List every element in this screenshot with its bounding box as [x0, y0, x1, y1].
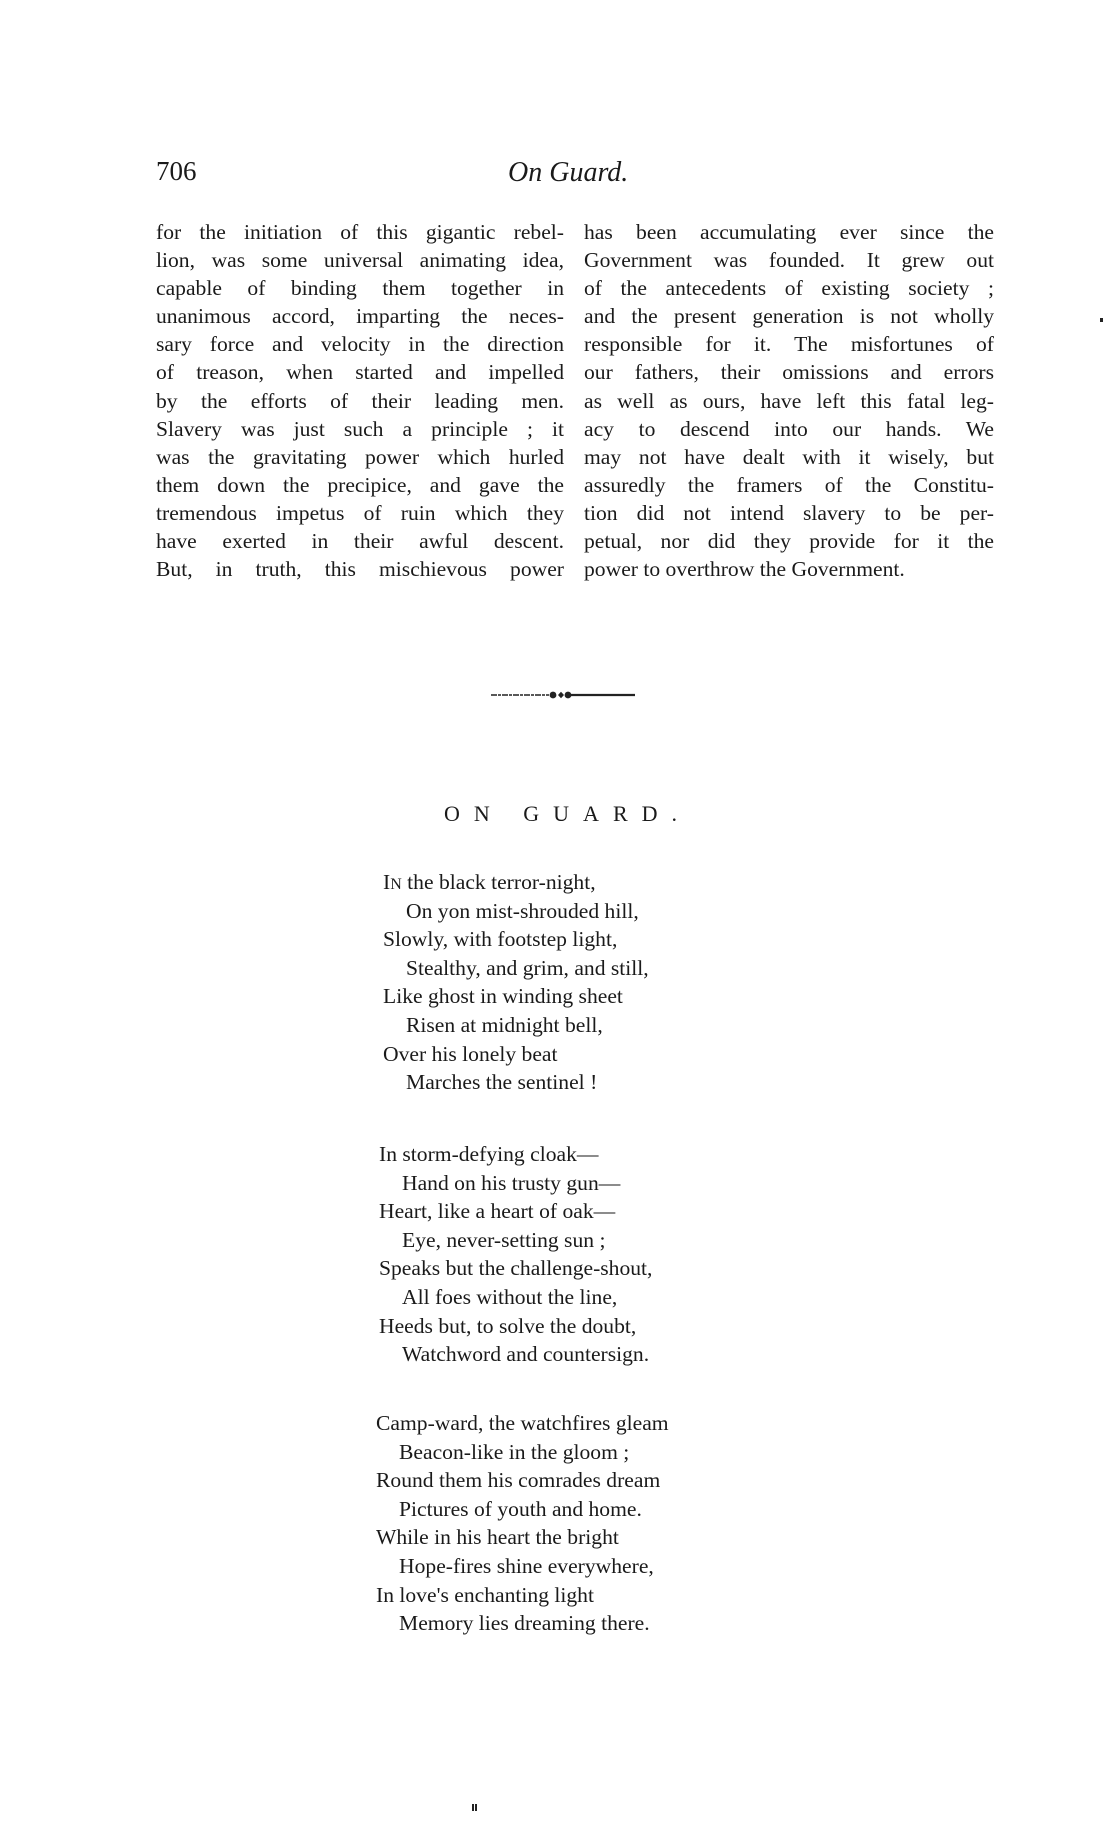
- poem-line: Pictures of youth and home.: [376, 1495, 669, 1524]
- section-divider-icon: [491, 690, 635, 700]
- text-line: have exerted in their awful descent.: [156, 527, 564, 555]
- poem-title: ON GUARD.: [444, 801, 691, 827]
- text-line: for the initiation of this gigantic rebe…: [156, 218, 564, 246]
- poem-line: Eye, never-setting sun ;: [379, 1226, 652, 1255]
- text-line: petual, nor did they provide for it the: [584, 527, 994, 555]
- poem-line: Round them his comrades dream: [376, 1466, 669, 1495]
- poem-line: Risen at midnight bell,: [383, 1011, 649, 1040]
- text-line: tremendous impetus of ruin which they: [156, 499, 564, 527]
- poem-line: On yon mist-shrouded hill,: [383, 897, 649, 926]
- poem-stanza-1: IN the black terror-night, On yon mist-s…: [383, 868, 649, 1097]
- text-line: may not have dealt with it wisely, but: [584, 443, 994, 471]
- print-speck-mark: [472, 1804, 477, 1811]
- poem-line: Memory lies dreaming there.: [376, 1609, 669, 1638]
- poem-line: Hope-fires shine everywhere,: [376, 1552, 669, 1581]
- running-head-title: On Guard.: [508, 158, 628, 188]
- text-line: responsible for it. The misfortunes of: [584, 330, 994, 358]
- text-line: Government was founded. It grew out: [584, 246, 994, 274]
- poem-line: In storm-defying cloak—: [379, 1140, 652, 1169]
- text-line: assuredly the framers of the Constitu-: [584, 471, 994, 499]
- text-line: acy to descend into our hands. We: [584, 415, 994, 443]
- poem-line: Like ghost in winding sheet: [383, 982, 649, 1011]
- poem-line: IN the black terror-night,: [383, 868, 649, 897]
- poem-stanza-3: Camp-ward, the watchfires gleam Beacon-l…: [376, 1409, 669, 1638]
- text-line: our fathers, their omissions and errors: [584, 358, 994, 386]
- poem-line: Slowly, with footstep light,: [383, 925, 649, 954]
- poem-stanza-2: In storm-defying cloak— Hand on his trus…: [379, 1140, 652, 1369]
- page-number: 706: [156, 156, 197, 186]
- poem-line: While in his heart the bright: [376, 1523, 669, 1552]
- text-line: them down the precipice, and gave the: [156, 471, 564, 499]
- text-line: was the gravitating power which hurled: [156, 443, 564, 471]
- poem-line: Watchword and countersign.: [379, 1340, 652, 1369]
- text-line: tion did not intend slavery to be per-: [584, 499, 994, 527]
- text-line: capable of binding them together in: [156, 274, 564, 302]
- text-line: of treason, when started and impelled: [156, 358, 564, 386]
- text-line: and the present generation is not wholly: [584, 302, 994, 330]
- text-line: sary force and velocity in the direction: [156, 330, 564, 358]
- article-left-column: for the initiation of this gigantic rebe…: [156, 218, 564, 583]
- poem-line: All foes without the line,: [379, 1283, 652, 1312]
- article-right-column: has been accumulating ever since the Gov…: [584, 218, 994, 583]
- poem-line: Beacon-like in the gloom ;: [376, 1438, 669, 1467]
- poem-line: Heeds but, to solve the doubt,: [379, 1312, 652, 1341]
- text-line: Slavery was just such a principle ; it: [156, 415, 564, 443]
- poem-line: Hand on his trusty gun—: [379, 1169, 652, 1198]
- poem-line: In love's enchanting light: [376, 1581, 669, 1610]
- small-caps-letter: N: [390, 876, 402, 893]
- poem-line: Speaks but the challenge-shout,: [379, 1254, 652, 1283]
- text-line: by the efforts of their leading men.: [156, 387, 564, 415]
- poem-line: Over his lonely beat: [383, 1040, 649, 1069]
- text-line: unanimous accord, imparting the neces-: [156, 302, 564, 330]
- poem-line: Heart, like a heart of oak—: [379, 1197, 652, 1226]
- text-line: But, in truth, this mischievous power: [156, 555, 564, 583]
- text-line: of the antecedents of existing society ;: [584, 274, 994, 302]
- text-line: has been accumulating ever since the: [584, 218, 994, 246]
- text-line: as well as ours, have left this fatal le…: [584, 387, 994, 415]
- poem-line: Marches the sentinel !: [383, 1068, 649, 1097]
- poem-line: Camp-ward, the watchfires gleam: [376, 1409, 669, 1438]
- text-line: power to overthrow the Government.: [584, 555, 994, 583]
- text-line: lion, was some universal animating idea,: [156, 246, 564, 274]
- print-speck-mark: [1100, 318, 1103, 322]
- poem-line: Stealthy, and grim, and still,: [383, 954, 649, 983]
